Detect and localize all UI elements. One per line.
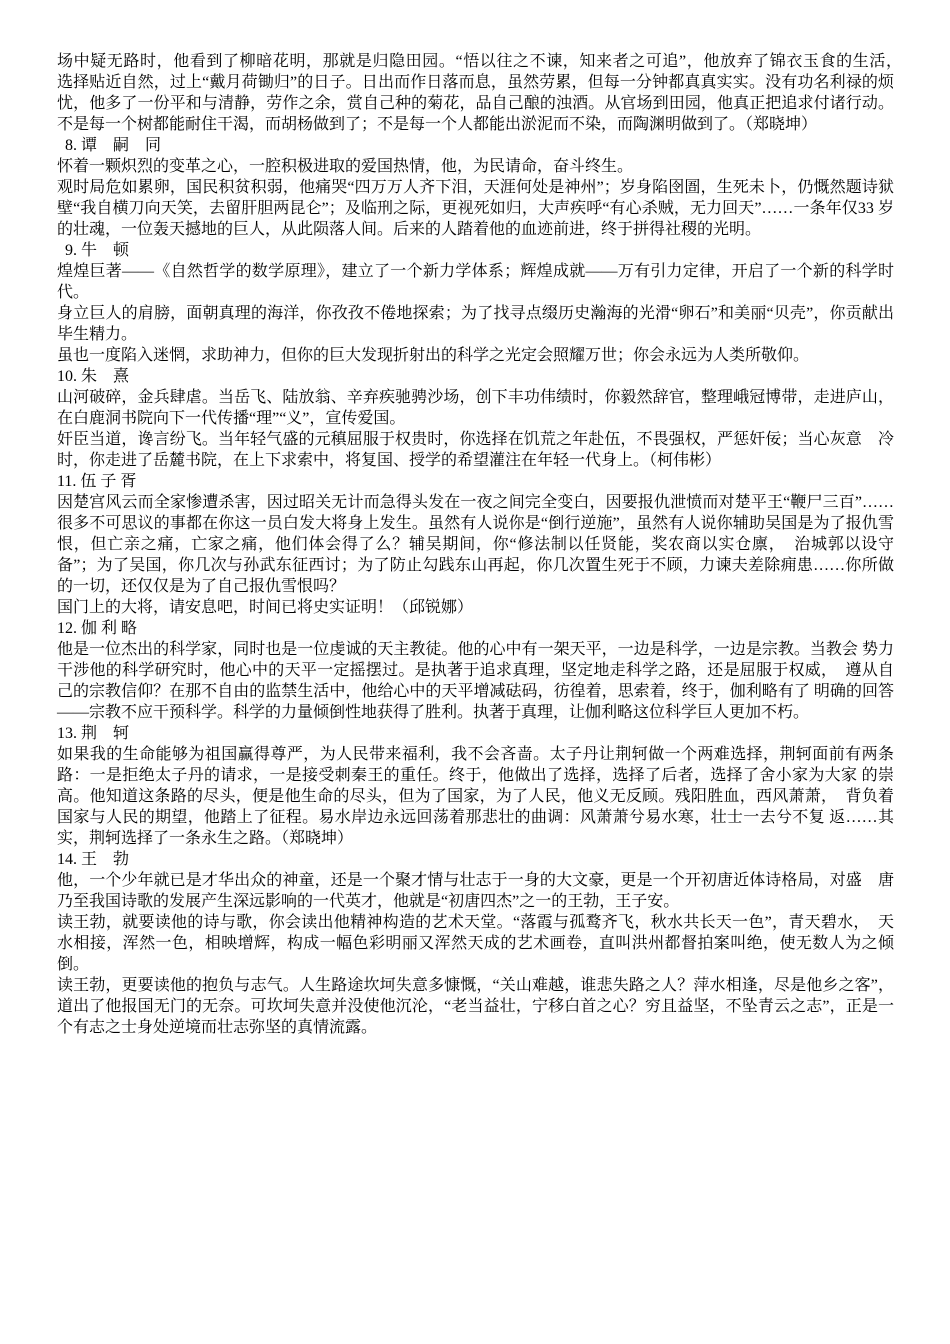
paragraph: 读王勃，就要读他的诗与歌，你会读出他精神构造的艺术天堂。“落霞与孤鹜齐飞，秋水共… bbox=[57, 912, 894, 975]
section-heading: 10. 朱 熹 bbox=[57, 366, 894, 387]
paragraph: 观时局危如累卵，国民积贫积弱，他痛哭“四万万人齐下泪，天涯何处是神州”；岁身陷囹… bbox=[57, 177, 894, 240]
section-heading: 13. 荆 轲 bbox=[57, 723, 894, 744]
section-heading: 14. 王 勃 bbox=[57, 849, 894, 870]
paragraph: 因楚宫风云而全家惨遭杀害，因过昭关无计而急得头发在一夜之间完全变白，因要报仇泄愤… bbox=[57, 492, 894, 597]
paragraph: 如果我的生命能够为祖国赢得尊严，为人民带来福利，我不会吝啬。太子丹让荆轲做一个两… bbox=[57, 744, 894, 849]
paragraph: 他，一个少年就已是才华出众的神童，还是一个聚才情与壮志于一身的大文豪，更是一个开… bbox=[57, 870, 894, 912]
document-page: 场中疑无路时，他看到了柳暗花明，那就是归隐田园。“悟以往之不谏，知来者之可追”，… bbox=[0, 0, 950, 1344]
section-heading: 12. 伽 利 略 bbox=[57, 618, 894, 639]
paragraph: 虽也一度陷入迷惘，求助神力，但你的巨大发现折射出的科学之光定会照耀万世；你会永远… bbox=[57, 345, 894, 366]
paragraph: 身立巨人的肩膀，面朝真理的海洋，你孜孜不倦地探索；为了找寻点缀历史瀚海的光滑“卵… bbox=[57, 303, 894, 345]
paragraph: 怀着一颗炽烈的变革之心，一腔积极进取的爱国热情，他，为民请命，奋斗终生。 bbox=[57, 156, 894, 177]
paragraph: 奸臣当道，谗言纷飞。当年轻气盛的元稹屈服于权贵时，你选择在饥荒之年赴伍，不畏强权… bbox=[57, 429, 894, 471]
section-heading: 8. 谭 嗣 同 bbox=[57, 135, 894, 156]
paragraph: 国门上的大将，请安息吧，时间已将史实证明！（邱锐娜） bbox=[57, 597, 894, 618]
paragraph: 他是一位杰出的科学家，同时也是一位虔诚的天主教徒。他的心中有一架天平，一边是科学… bbox=[57, 639, 894, 723]
document-body: 场中疑无路时，他看到了柳暗花明，那就是归隐田园。“悟以往之不谏，知来者之可追”，… bbox=[57, 51, 894, 1038]
paragraph: 煌煌巨著——《自然哲学的数学原理》，建立了一个新力学体系；辉煌成就——万有引力定… bbox=[57, 261, 894, 303]
paragraph: 山河破碎，金兵肆虐。当岳飞、陆放翁、辛弃疾驰骋沙场，创下丰功伟绩时，你毅然辞官，… bbox=[57, 387, 894, 429]
paragraph: 场中疑无路时，他看到了柳暗花明，那就是归隐田园。“悟以往之不谏，知来者之可追”，… bbox=[57, 51, 894, 135]
section-heading: 9. 牛 顿 bbox=[57, 240, 894, 261]
section-heading: 11. 伍 子 胥 bbox=[57, 471, 894, 492]
paragraph: 读王勃，更要读他的抱负与志气。人生路途坎坷失意多慷慨，“关山难越，谁悲失路之人？… bbox=[57, 975, 894, 1038]
